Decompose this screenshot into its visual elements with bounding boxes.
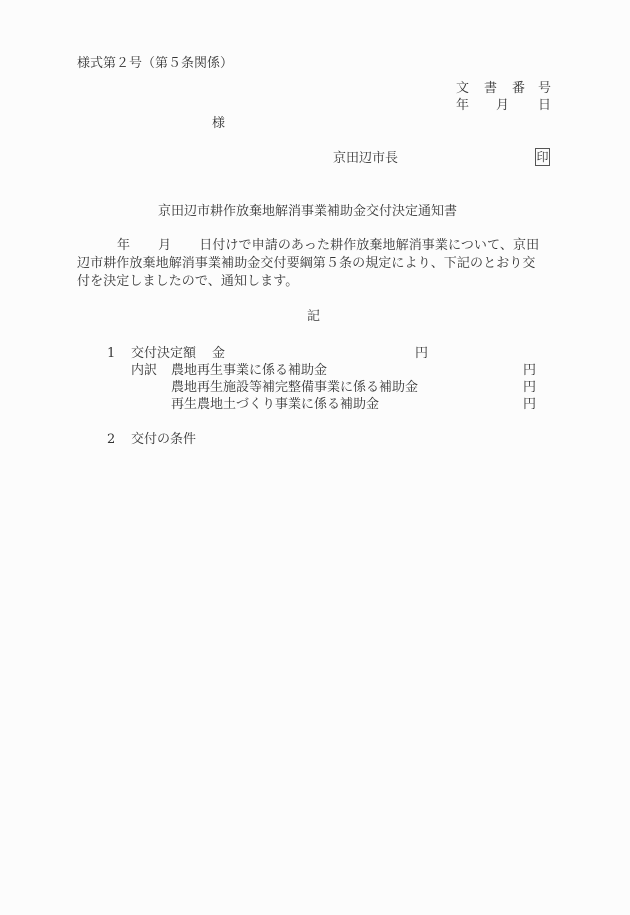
issuer-name: 京田辺市長	[333, 150, 398, 167]
body-line-1-rest: 日付けで申請のあった耕作放棄地解消事業について、京田	[199, 238, 539, 253]
addressee-suffix: 様	[212, 115, 225, 132]
item-1-prefix: 金	[212, 345, 225, 362]
breakdown-item-unit: 円	[523, 396, 536, 413]
breakdown-item-label: 農地再生事業に係る補助金	[171, 362, 327, 379]
breakdown-item-unit: 円	[523, 362, 536, 379]
document-title: 京田辺市耕作放棄地解消事業補助金交付決定通知書	[158, 203, 457, 220]
ki-heading: 記	[307, 308, 320, 325]
seal-mark: 印	[535, 148, 550, 166]
item-2-number: 2	[107, 431, 115, 448]
doc-number-char: 文	[456, 80, 469, 97]
doc-number-char: 書	[484, 80, 497, 97]
form-label: 様式第２号（第５条関係）	[77, 55, 233, 72]
item-1-label: 交付決定額	[131, 345, 196, 362]
body-line-1: 年月日付けで申請のあった耕作放棄地解消事業について、京田	[77, 237, 557, 255]
date-day: 日	[538, 97, 551, 114]
body-paragraph: 年月日付けで申請のあった耕作放棄地解消事業について、京田 辺市耕作放棄地解消事業…	[77, 237, 557, 291]
doc-number-char: 号	[538, 80, 551, 97]
item-2-label: 交付の条件	[131, 431, 196, 448]
body-month: 月	[158, 238, 171, 253]
breakdown-item-label: 再生農地土づくり事業に係る補助金	[171, 396, 379, 413]
body-year: 年	[117, 238, 130, 253]
breakdown-item-unit: 円	[523, 379, 536, 396]
body-line-2: 辺市耕作放棄地解消事業補助金交付要綱第５条の規定により、下記のとおり交	[77, 255, 557, 273]
body-line-3: 付を決定しましたので、通知します。	[77, 273, 557, 291]
item-1-number: 1	[107, 345, 115, 362]
breakdown-label: 内訳	[131, 362, 157, 379]
date-year: 年	[456, 97, 469, 114]
date-month: 月	[496, 97, 509, 114]
breakdown-item-label: 農地再生施設等補完整備事業に係る補助金	[171, 379, 418, 396]
item-1-unit: 円	[415, 345, 428, 362]
doc-number-char: 番	[512, 80, 525, 97]
